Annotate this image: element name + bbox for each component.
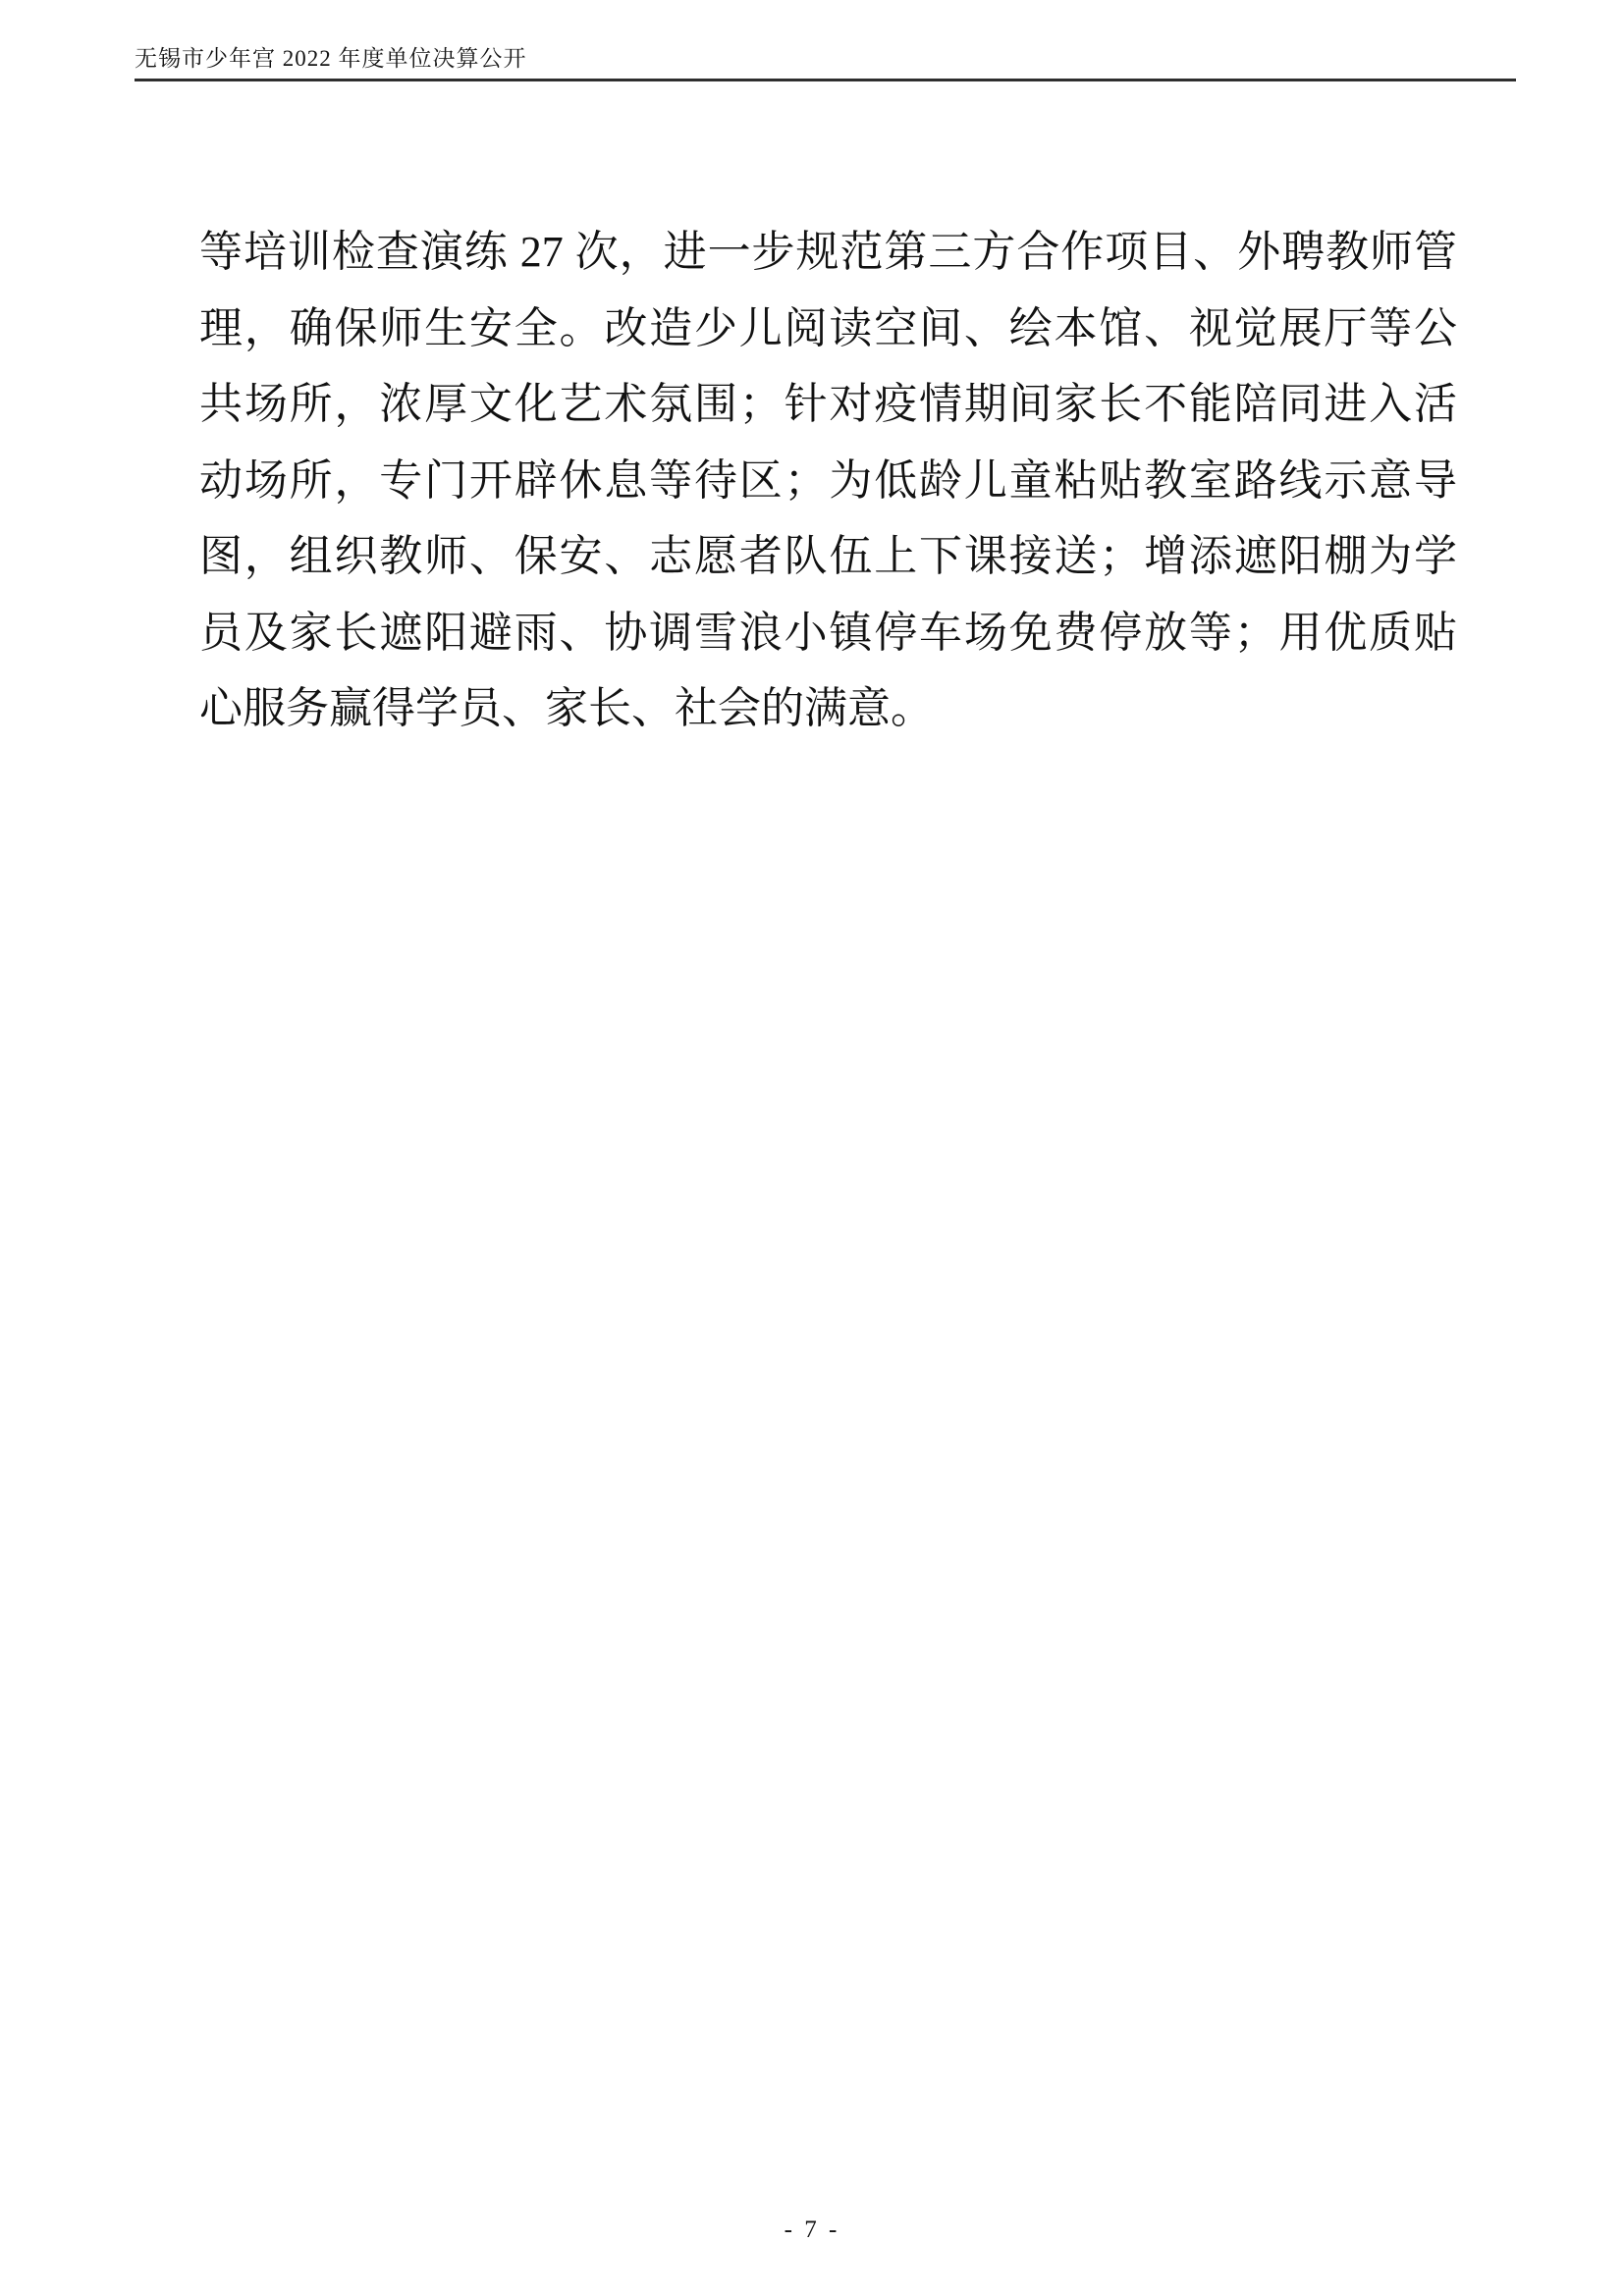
document-page: 无锡市少年宫 2022 年度单位决算公开 等培训检查演练 27 次，进一步规范第…	[0, 0, 1624, 2296]
body-line: 动场所，专门开辟休息等待区；为低龄儿童粘贴教室路线示意导	[199, 443, 1457, 519]
page-number: - 7 -	[0, 2216, 1624, 2244]
body-line: 图，组织教师、保安、志愿者队伍上下课接送；增添遮阳棚为学	[199, 518, 1457, 595]
body-paragraph: 等培训检查演练 27 次，进一步规范第三方合作项目、外聘教师管 理，确保师生安全…	[199, 214, 1457, 747]
body-line: 员及家长遮阳避雨、协调雪浪小镇停车场免费停放等；用优质贴	[199, 595, 1457, 671]
body-line: 等培训检查演练 27 次，进一步规范第三方合作项目、外聘教师管	[199, 214, 1457, 291]
page-header-title: 无锡市少年宫 2022 年度单位决算公开	[135, 40, 527, 73]
body-line: 理，确保师生安全。改造少儿阅读空间、绘本馆、视觉展厅等公	[199, 291, 1457, 367]
body-line: 心服务赢得学员、家长、社会的满意。	[199, 670, 1457, 747]
body-line: 共场所，浓厚文化艺术氛围；针对疫情期间家长不能陪同进入活	[199, 366, 1457, 443]
header-rule	[135, 79, 1516, 81]
